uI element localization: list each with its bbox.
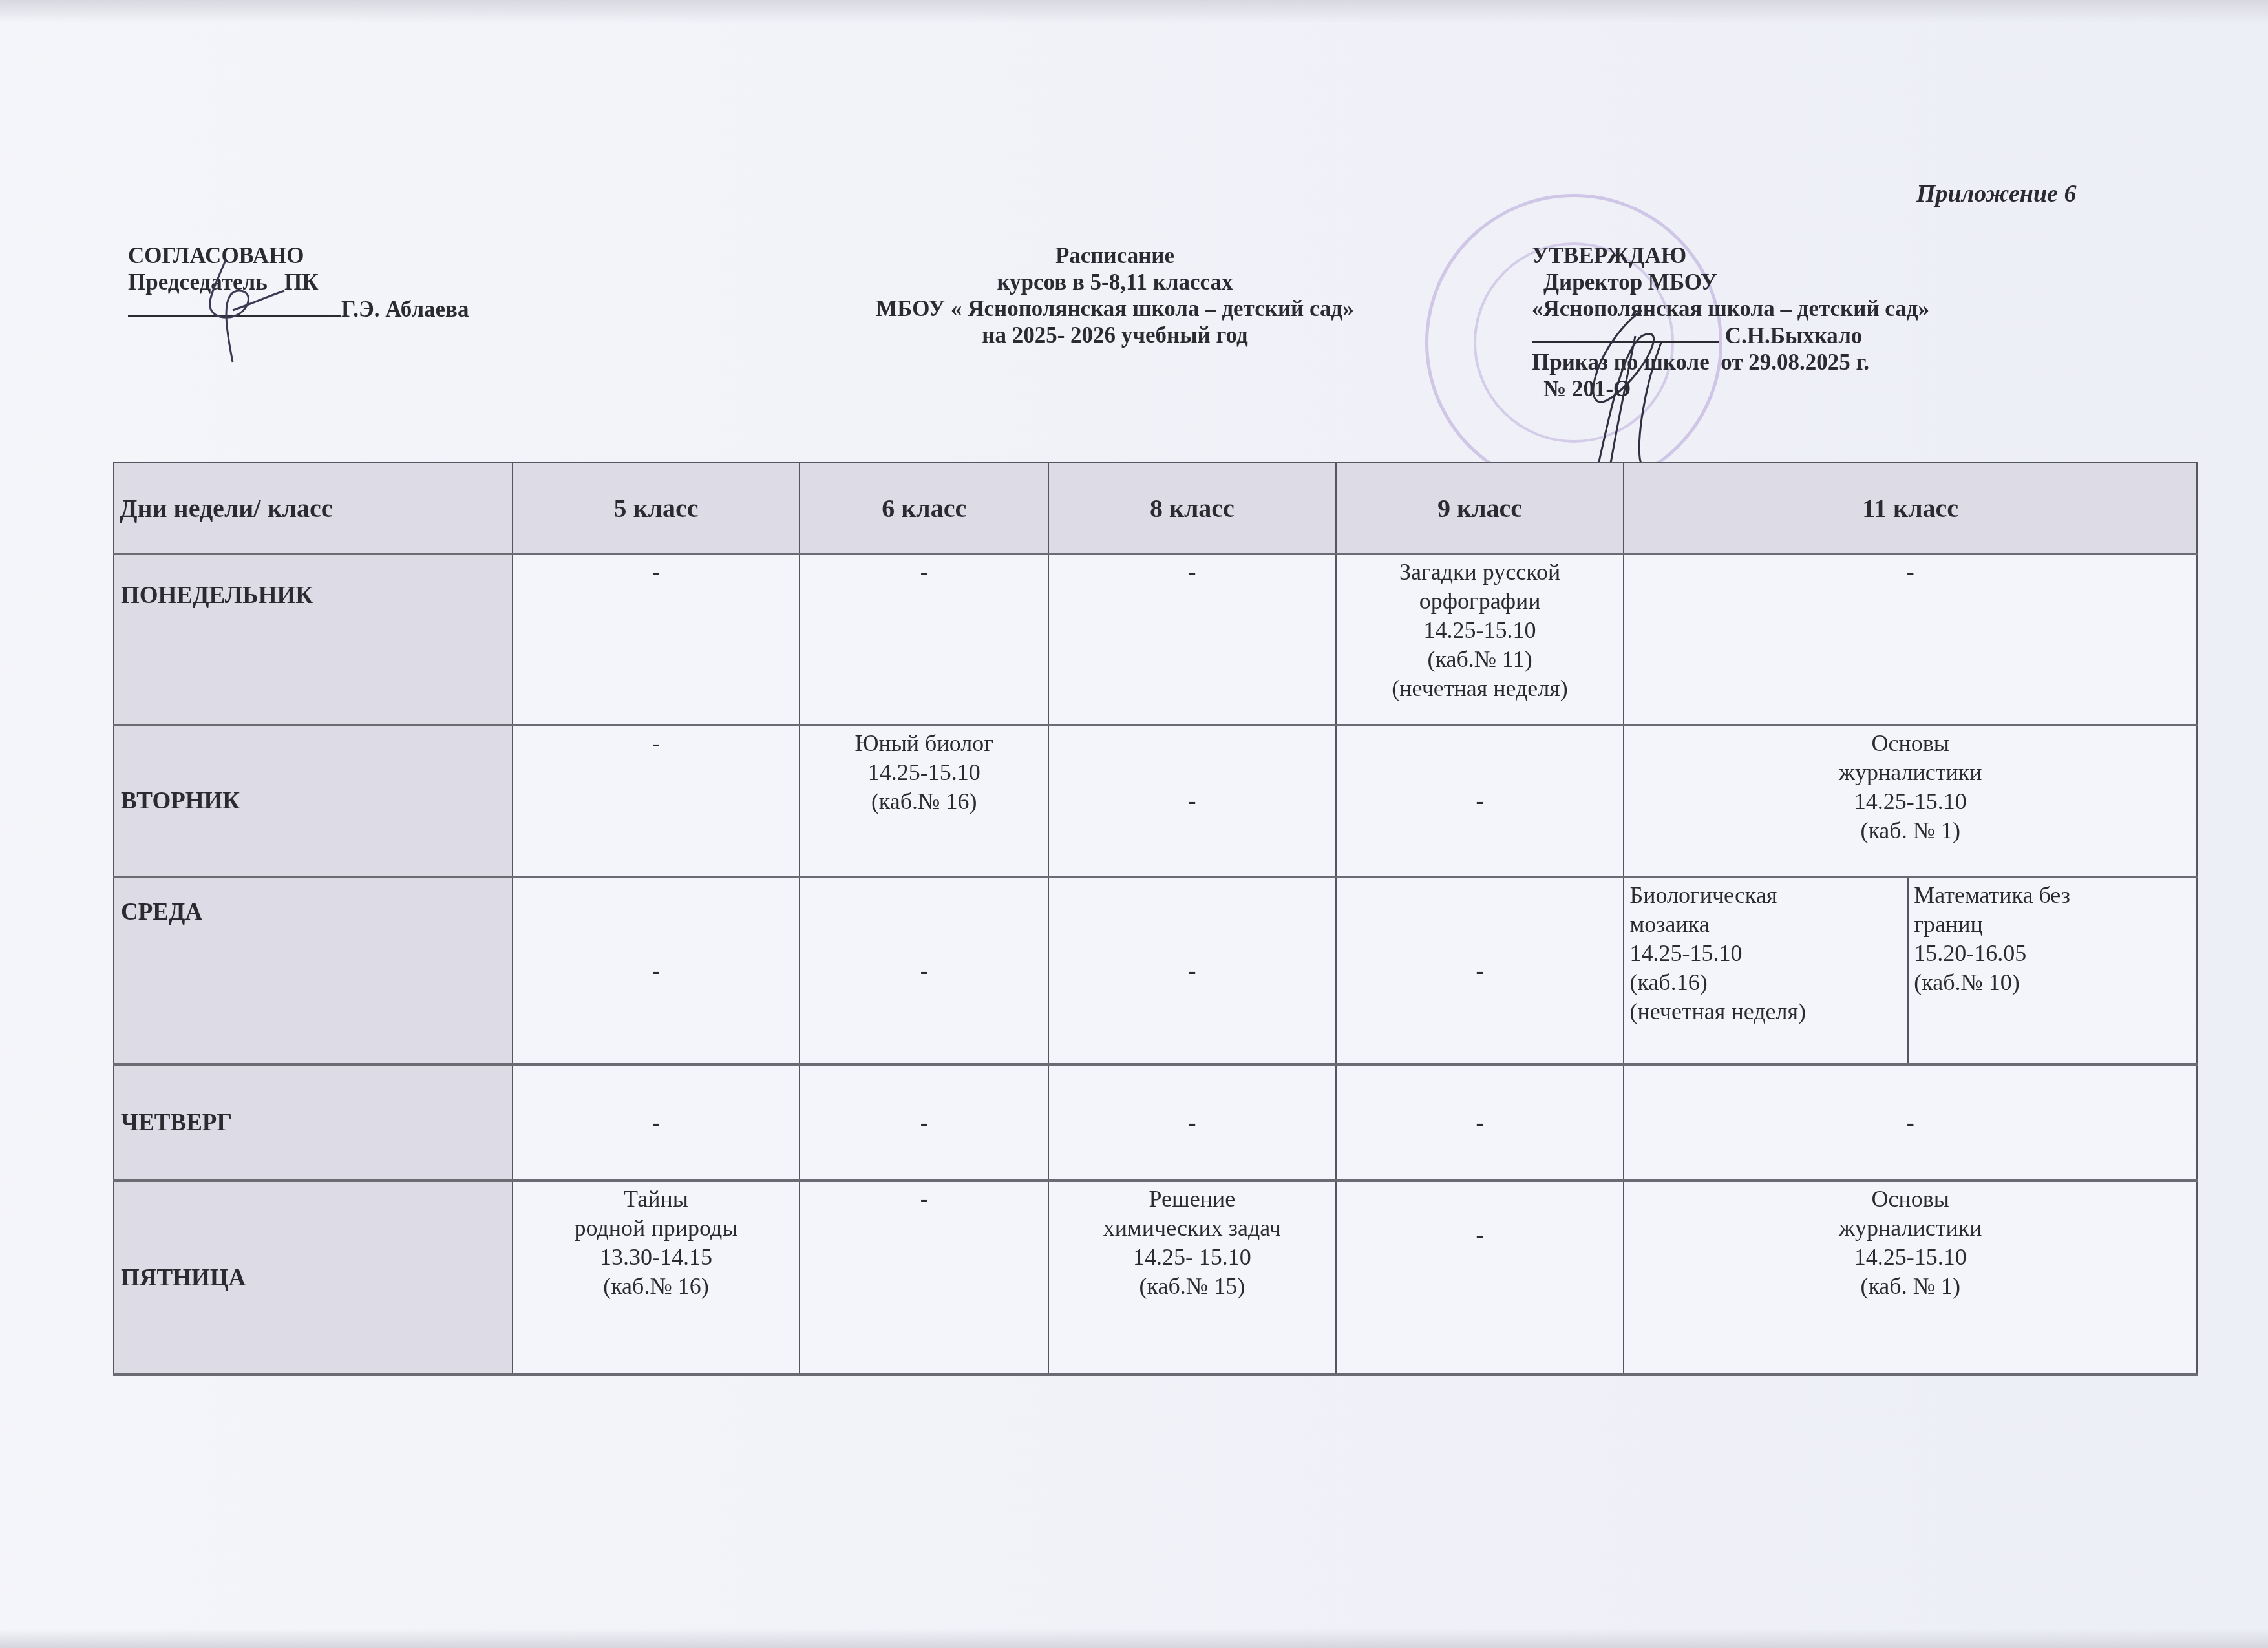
course-week: (нечетная неделя) [1342, 674, 1618, 703]
course-name: Основы [1629, 729, 2191, 758]
cell-mon-11: - [1624, 554, 2197, 725]
cell-tue-6: Юный биолог 14.25-15.10 (каб.№ 16) [800, 725, 1048, 877]
cell-wed-5: - [513, 877, 800, 1064]
header-grade-8: 8 класс [1048, 463, 1336, 554]
agreed-name: Г.Э. Аблаева [341, 297, 469, 322]
course-time: 14.25- 15.10 [1054, 1243, 1330, 1272]
cell-thu-8: - [1048, 1064, 1336, 1181]
cell-wed-8: - [1048, 877, 1336, 1064]
scan-edge-top [0, 0, 2268, 23]
approved-order-number: № 201-О [1532, 375, 2114, 402]
cell-tue-11: Основы журналистики 14.25-15.10 (каб. № … [1624, 725, 2197, 877]
cell-tue-5: - [513, 725, 800, 877]
header-grade-9: 9 класс [1336, 463, 1624, 554]
table-row: ЧЕТВЕРГ - - - - - [114, 1064, 2197, 1181]
approved-org: «Яснополянская школа – детский сад» [1532, 295, 2114, 322]
approved-name: С.Н.Быхкало [1725, 323, 1863, 348]
course-name: Юный биолог [805, 729, 1043, 758]
agreed-signature-row: Г.Э. Аблаева [128, 295, 469, 322]
signature-line [128, 295, 341, 317]
course-room: (каб. № 1) [1629, 816, 2191, 845]
header-grade-5: 5 класс [513, 463, 800, 554]
table-row: ВТОРНИК - Юный биолог 14.25-15.10 (каб.№… [114, 725, 2197, 877]
cell-thu-6: - [800, 1064, 1048, 1181]
day-tuesday: ВТОРНИК [114, 725, 513, 877]
course-name: орфографии [1342, 587, 1618, 616]
course-name: границ [1914, 910, 2191, 939]
signature-line [1532, 322, 1719, 343]
course-name: журналистики [1629, 758, 2191, 787]
agreed-block: СОГЛАСОВАНО Председатель ПК Г.Э. Аблаева [128, 242, 469, 322]
course-room: (каб.№ 11) [1342, 645, 1618, 674]
cell-thu-9: - [1336, 1064, 1624, 1181]
cell-tue-9: - [1336, 725, 1624, 877]
cell-wed-9: - [1336, 877, 1624, 1064]
course-name: Основы [1629, 1185, 2191, 1214]
course-name: Биологическая [1629, 881, 1902, 910]
title-line-1: Расписание [776, 242, 1454, 269]
document-title: Расписание курсов в 5-8,11 классах МБОУ … [776, 242, 1454, 348]
course-time: 14.25-15.10 [1629, 1243, 2191, 1272]
cell-fri-6: - [800, 1181, 1048, 1375]
header-grade-6: 6 класс [800, 463, 1048, 554]
approved-order: Приказ по школе от 29.08.2025 г. [1532, 349, 2114, 375]
course-name: Математика без [1914, 881, 2191, 910]
course-name: Загадки русской [1342, 558, 1618, 587]
title-line-3: МБОУ « Яснополянская школа – детский сад… [776, 295, 1454, 322]
cell-thu-11: - [1624, 1064, 2197, 1181]
course-room: (каб. № 1) [1629, 1272, 2191, 1301]
cell-wed-6: - [800, 877, 1048, 1064]
course-room: (каб.№ 15) [1054, 1272, 1330, 1301]
cell-tue-8: - [1048, 725, 1336, 877]
title-line-2: курсов в 5-8,11 классах [776, 269, 1454, 295]
day-friday: ПЯТНИЦА [114, 1181, 513, 1375]
day-wednesday: СРЕДА [114, 877, 513, 1064]
schedule-table: Дни недели/ класс 5 класс 6 класс 8 клас… [113, 462, 2198, 1376]
cell-fri-9: - [1336, 1181, 1624, 1375]
course-time: 15.20-16.05 [1914, 939, 2191, 968]
course-time: 14.25-15.10 [805, 758, 1043, 787]
course-time: 13.30-14.15 [518, 1243, 794, 1272]
course-time: 14.25-15.10 [1342, 616, 1618, 645]
cell-mon-5: - [513, 554, 800, 725]
header-grade-11: 11 класс [1624, 463, 2197, 554]
course-room: (каб.№ 10) [1914, 968, 2191, 997]
course-name: родной природы [518, 1214, 794, 1243]
header-days: Дни недели/ класс [114, 463, 513, 554]
cell-fri-11: Основы журналистики 14.25-15.10 (каб. № … [1624, 1181, 2197, 1375]
course-time: 14.25-15.10 [1629, 787, 2191, 816]
cell-mon-8: - [1048, 554, 1336, 725]
table-header-row: Дни недели/ класс 5 класс 6 класс 8 клас… [114, 463, 2197, 554]
cell-thu-5: - [513, 1064, 800, 1181]
table-row: ПЯТНИЦА Тайны родной природы 13.30-14.15… [114, 1181, 2197, 1375]
course-room: (каб.16) [1629, 968, 1902, 997]
course-room: (каб.№ 16) [518, 1272, 794, 1301]
cell-wed-11-a: Биологическая мозаика 14.25-15.10 (каб.1… [1624, 877, 1908, 1064]
document-page: Приложение 6 СОГЛАСОВАНО Председатель ПК… [0, 0, 2268, 1648]
course-time: 14.25-15.10 [1629, 939, 1902, 968]
cell-wed-11-b: Математика без границ 15.20-16.05 (каб.№… [1908, 877, 2197, 1064]
cell-mon-9: Загадки русской орфографии 14.25-15.10 (… [1336, 554, 1624, 725]
course-week: (нечетная неделя) [1629, 997, 1902, 1026]
course-name: Решение [1054, 1185, 1330, 1214]
course-room: (каб.№ 16) [805, 787, 1043, 816]
day-thursday: ЧЕТВЕРГ [114, 1064, 513, 1181]
approved-heading: УТВЕРЖДАЮ [1532, 242, 2114, 269]
cell-mon-6: - [800, 554, 1048, 725]
course-name: журналистики [1629, 1214, 2191, 1243]
day-monday: ПОНЕДЕЛЬНИК [114, 554, 513, 725]
approved-position: Директор МБОУ [1532, 269, 2114, 295]
course-name: мозаика [1629, 910, 1902, 939]
cell-fri-5: Тайны родной природы 13.30-14.15 (каб.№ … [513, 1181, 800, 1375]
agreed-position: Председатель ПК [128, 269, 469, 295]
appendix-label: Приложение 6 [1916, 180, 2076, 208]
table-row: ПОНЕДЕЛЬНИК - - - Загадки русской орфогр… [114, 554, 2197, 725]
cell-fri-8: Решение химических задач 14.25- 15.10 (к… [1048, 1181, 1336, 1375]
scan-edge-bottom [0, 1629, 2268, 1648]
table-row: СРЕДА - - - - Биологическая мозаика 14.2… [114, 877, 2197, 1064]
course-name: химических задач [1054, 1214, 1330, 1243]
course-name: Тайны [518, 1185, 794, 1214]
agreed-heading: СОГЛАСОВАНО [128, 242, 469, 269]
approved-block: УТВЕРЖДАЮ Директор МБОУ «Яснополянская ш… [1532, 242, 2114, 402]
title-line-4: на 2025- 2026 учебный год [776, 322, 1454, 348]
